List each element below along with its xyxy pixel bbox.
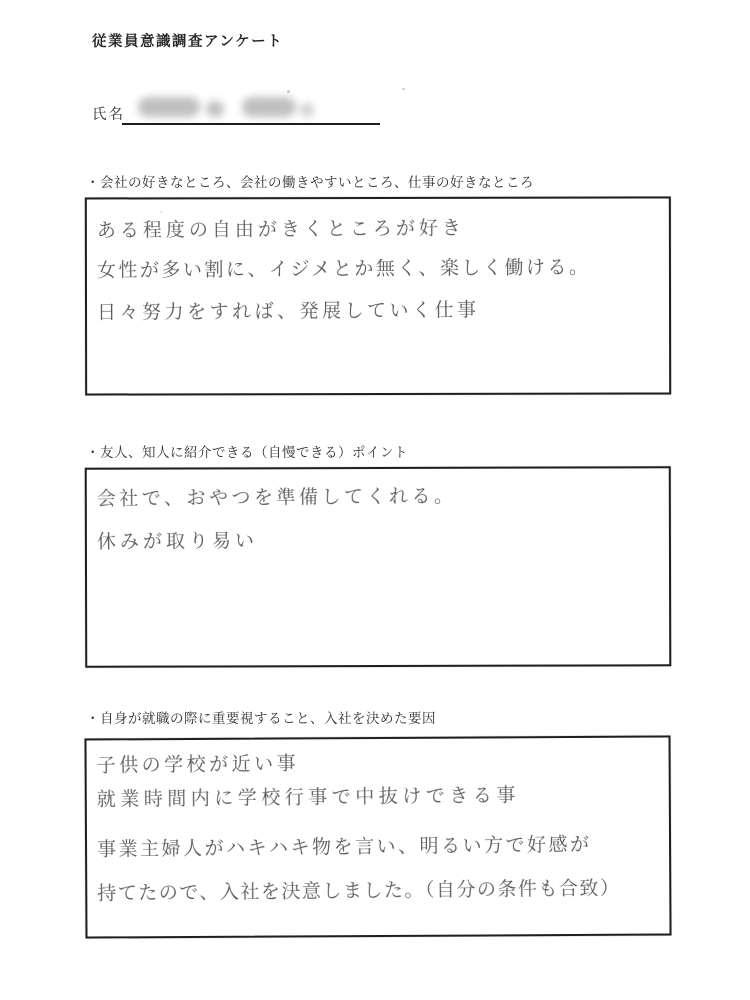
- handwritten-answer-line: 事業主婦人がハキハキ物を言い、明るい方で好感が: [97, 829, 592, 861]
- question-1-label: ・会社の好きなところ、会社の働きやすいところ、仕事の好きなところ: [86, 171, 534, 191]
- redacted-name-blur: [138, 97, 200, 117]
- redacted-name-blur: [242, 97, 296, 117]
- answer-box-2: 会社で、おやつを準備してくれる。 休みが取り易い: [85, 466, 672, 668]
- redacted-name-blur: [206, 101, 224, 117]
- handwritten-answer-line: 会社で、おやつを準備してくれる。: [97, 481, 457, 511]
- answer-box-3: 子供の学校が近い事 就業時間内に学校行事で中抜けできる事 事業主婦人がハキハキ物…: [84, 735, 671, 938]
- scan-speck: [160, 211, 162, 213]
- handwritten-answer-line: 日々努力をすれば、発展していく仕事: [97, 295, 480, 325]
- question-2-label: ・友人、知人に紹介できる（自慢できる）ポイント: [86, 441, 408, 461]
- handwritten-answer-line: 女性が多い割に、イジメとか無く、楽しく働ける。: [97, 252, 591, 282]
- question-3-label: ・自身が就職の際に重要視すること、入社を決めた要因: [86, 707, 436, 727]
- name-field-label: 氏名: [92, 103, 125, 124]
- scan-speck: [287, 90, 290, 93]
- answer-box-1: ある程度の自由がきくところが好き 女性が多い割に、イジメとか無く、楽しく働ける。…: [85, 196, 671, 395]
- handwritten-answer-line: 休みが取り易い: [97, 525, 258, 553]
- scan-speck: [402, 88, 405, 90]
- handwritten-answer-line: 持てたので、入社を決意しました。（自分の条件も合致）: [97, 873, 620, 905]
- scanned-survey-page: 従業員意識調査アンケート 氏名 ・会社の好きなところ、会社の働きやすいところ、仕…: [0, 0, 750, 1000]
- name-underline: [122, 94, 380, 125]
- handwritten-answer-line: 子供の学校が近い事: [96, 748, 299, 777]
- document-title: 従業員意識調査アンケート: [92, 30, 283, 51]
- redacted-name-blur: [300, 103, 314, 117]
- handwritten-answer-line: ある程度の自由がきくところが好き: [97, 213, 465, 243]
- handwritten-answer-line: 就業時間内に学校行事で中抜けできる事: [97, 780, 520, 811]
